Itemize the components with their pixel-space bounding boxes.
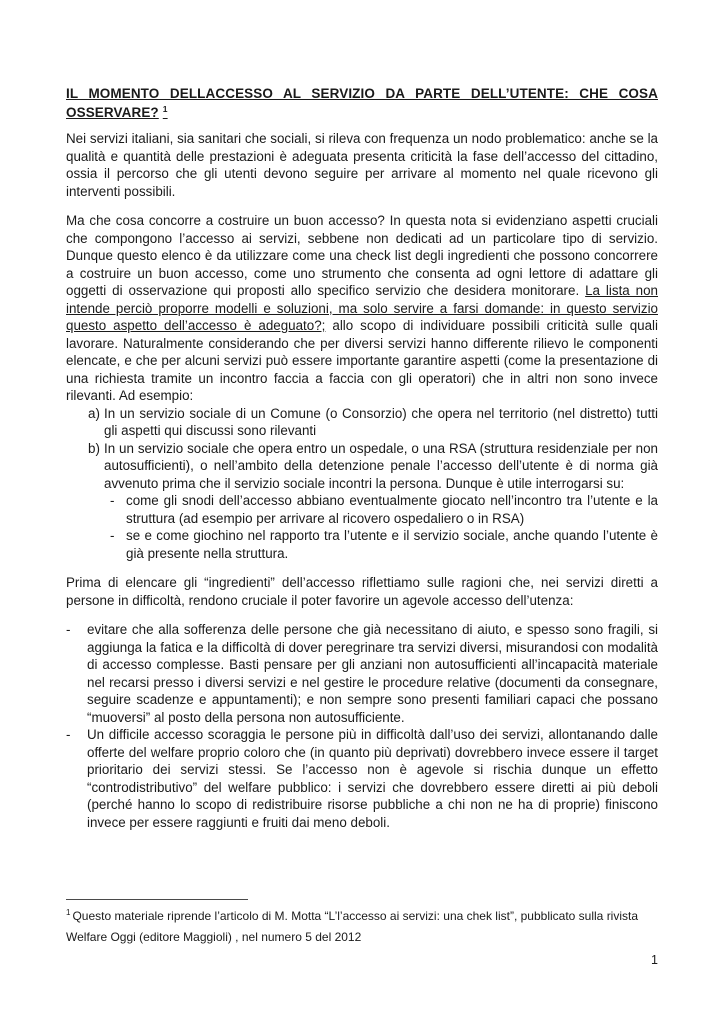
dash-list-item-text: evitare che alla sofferenza delle person… — [87, 621, 658, 726]
list-item-a-text: In un servizio sociale di un Comune (o C… — [104, 405, 658, 440]
list-item-b-marker: b) — [88, 440, 104, 563]
list-item-b-text: In un servizio sociale che opera entro u… — [104, 440, 658, 493]
dash-list-item-marker: - — [66, 726, 87, 831]
dash-list-item: - Un difficile accesso scoraggia le pers… — [66, 726, 658, 831]
footnote-ref: 1 — [66, 908, 70, 917]
dash-list-item-marker: - — [66, 621, 87, 726]
sub-list-item-text: come gli snodi dell’accesso abbiano even… — [126, 492, 658, 527]
footnote-separator — [66, 899, 248, 900]
sub-list-item-marker: - — [110, 527, 126, 562]
dash-list: - evitare che alla sofferenza delle pers… — [66, 621, 658, 831]
document-title-text: IL MOMENTO DELLACCESSO AL SERVIZIO DA PA… — [66, 86, 658, 120]
document-body: IL MOMENTO DELLACCESSO AL SERVIZIO DA PA… — [66, 84, 658, 831]
sub-list-item-text: se e come giochino nel rapporto tra l’ut… — [126, 527, 658, 562]
paragraph-reasons: Prima di elencare gli “ingredienti” dell… — [66, 574, 658, 609]
sub-list-item: - se e come giochino nel rapporto tra l’… — [110, 527, 658, 562]
title-footnote-ref: 1 — [163, 104, 168, 114]
paragraph-checklist: Ma che cosa concorre a costruire un buon… — [66, 212, 658, 405]
sub-list-item-marker: - — [110, 492, 126, 527]
list-item-a-marker: a) — [88, 405, 104, 440]
paragraph-intro: Nei servizi italiani, sia sanitari che s… — [66, 130, 658, 200]
document-page: IL MOMENTO DELLACCESSO AL SERVIZIO DA PA… — [0, 0, 725, 1024]
alpha-list: a) In un servizio sociale di un Comune (… — [66, 405, 658, 563]
list-item-b: b) In un servizio sociale che opera entr… — [88, 440, 658, 563]
list-item-a: a) In un servizio sociale di un Comune (… — [88, 405, 658, 440]
sub-list-item: - come gli snodi dell’accesso abbiano ev… — [110, 492, 658, 527]
page-number: 1 — [66, 953, 658, 967]
paragraph-checklist-lead: Ma che cosa concorre a costruire un buon… — [66, 213, 658, 298]
dash-list-item-text: Un difficile accesso scoraggia le person… — [87, 726, 658, 831]
sub-dash-list: - come gli snodi dell’accesso abbiano ev… — [104, 492, 658, 562]
document-title: IL MOMENTO DELLACCESSO AL SERVIZIO DA PA… — [66, 84, 658, 122]
footer-area: 1Questo materiale riprende l’articolo di… — [66, 899, 658, 967]
list-item-b-body: In un servizio sociale che opera entro u… — [104, 440, 658, 563]
dash-list-item: - evitare che alla sofferenza delle pers… — [66, 621, 658, 726]
footnote-text: Questo materiale riprende l’articolo di … — [66, 909, 638, 944]
footnote: 1Questo materiale riprende l’articolo di… — [66, 906, 658, 947]
